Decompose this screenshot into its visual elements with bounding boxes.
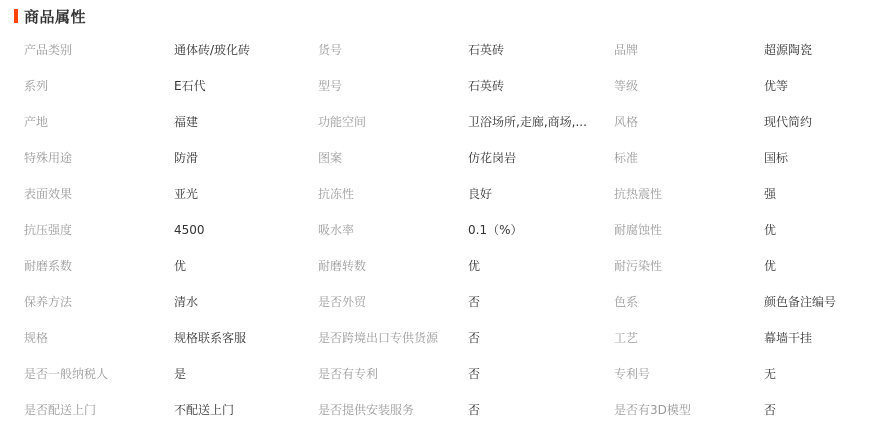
attribute-label: 耐污染性 <box>614 248 754 284</box>
attribute-value: 4500 <box>174 212 310 248</box>
attribute-label: 是否提供安装服务 <box>318 392 464 428</box>
attribute-value: 颜色备注编号 <box>764 284 870 320</box>
attribute-value: 福建 <box>174 104 310 140</box>
attribute-value: 否 <box>468 392 592 428</box>
attribute-label: 保养方法 <box>24 284 164 320</box>
attribute-value: 0.1（%） <box>468 212 592 248</box>
attribute-value: 否 <box>468 356 592 392</box>
attribute-value: 亚光 <box>174 176 310 212</box>
attribute-value: 优等 <box>764 68 870 104</box>
attribute-row: 产品类别 通体砖/玻化砖 货号 石英砖 品牌 超源陶瓷 <box>0 32 874 68</box>
attribute-row: 耐磨系数 优 耐磨转数 优 耐污染性 优 <box>0 248 874 284</box>
section-title: 商品属性 <box>24 6 86 27</box>
attribute-table: 产品类别 通体砖/玻化砖 货号 石英砖 品牌 超源陶瓷 系列 E石代 型号 石英… <box>0 32 874 428</box>
attribute-value: 防滑 <box>174 140 310 176</box>
attribute-label: 图案 <box>318 140 464 176</box>
attribute-label: 系列 <box>24 68 164 104</box>
attribute-label: 抗压强度 <box>24 212 164 248</box>
attribute-label: 是否外贸 <box>318 284 464 320</box>
attribute-label: 是否配送上门 <box>24 392 164 428</box>
attribute-label: 表面效果 <box>24 176 164 212</box>
attribute-label: 风格 <box>614 104 754 140</box>
attribute-value: 卫浴场所,走廊,商场,... <box>468 104 592 140</box>
attribute-value: 优 <box>764 212 870 248</box>
attribute-label: 耐磨转数 <box>318 248 464 284</box>
section-header: 商品属性 <box>14 6 86 26</box>
attribute-row: 保养方法 清水 是否外贸 否 色系 颜色备注编号 <box>0 284 874 320</box>
attribute-row: 产地 福建 功能空间 卫浴场所,走廊,商场,... 风格 现代简约 <box>0 104 874 140</box>
attribute-value: 国标 <box>764 140 870 176</box>
attribute-value: 优 <box>468 248 592 284</box>
attribute-value: 否 <box>468 284 592 320</box>
attribute-label: 抗冻性 <box>318 176 464 212</box>
attribute-value: 石英砖 <box>468 32 592 68</box>
attribute-row: 表面效果 亚光 抗冻性 良好 抗热震性 强 <box>0 176 874 212</box>
attribute-value: 是 <box>174 356 310 392</box>
attribute-row: 系列 E石代 型号 石英砖 等级 优等 <box>0 68 874 104</box>
attribute-value: 幕墙干挂 <box>764 320 870 356</box>
attribute-value: E石代 <box>174 68 310 104</box>
attribute-label: 规格 <box>24 320 164 356</box>
attribute-value: 优 <box>764 248 870 284</box>
attribute-label: 是否有专利 <box>318 356 464 392</box>
attribute-label: 工艺 <box>614 320 754 356</box>
attribute-row: 特殊用途 防滑 图案 仿花岗岩 标准 国标 <box>0 140 874 176</box>
attribute-value: 否 <box>468 320 592 356</box>
attribute-label: 耐腐蚀性 <box>614 212 754 248</box>
attribute-value: 规格联系客服 <box>174 320 310 356</box>
attribute-row: 抗压强度 4500 吸水率 0.1（%） 耐腐蚀性 优 <box>0 212 874 248</box>
attribute-label: 是否有3D模型 <box>614 392 754 428</box>
attribute-value: 不配送上门 <box>174 392 310 428</box>
attribute-value: 仿花岗岩 <box>468 140 592 176</box>
attribute-label: 特殊用途 <box>24 140 164 176</box>
attribute-row: 规格 规格联系客服 是否跨境出口专供货源 否 工艺 幕墙干挂 <box>0 320 874 356</box>
attribute-label: 耐磨系数 <box>24 248 164 284</box>
attribute-value: 无 <box>764 356 870 392</box>
attribute-label: 品牌 <box>614 32 754 68</box>
attribute-value: 通体砖/玻化砖 <box>174 32 310 68</box>
attribute-label: 吸水率 <box>318 212 464 248</box>
attribute-value: 良好 <box>468 176 592 212</box>
attribute-value: 石英砖 <box>468 68 592 104</box>
attribute-label: 产地 <box>24 104 164 140</box>
attribute-row: 是否一般纳税人 是 是否有专利 否 专利号 无 <box>0 356 874 392</box>
attribute-label: 是否一般纳税人 <box>24 356 164 392</box>
attribute-value: 否 <box>764 392 870 428</box>
attribute-value: 超源陶瓷 <box>764 32 870 68</box>
attribute-label: 专利号 <box>614 356 754 392</box>
attribute-value: 强 <box>764 176 870 212</box>
attribute-label: 产品类别 <box>24 32 164 68</box>
attribute-label: 货号 <box>318 32 464 68</box>
attribute-value: 优 <box>174 248 310 284</box>
attribute-label: 型号 <box>318 68 464 104</box>
attribute-label: 标准 <box>614 140 754 176</box>
attribute-value: 现代简约 <box>764 104 870 140</box>
attribute-label: 功能空间 <box>318 104 464 140</box>
header-accent-marker <box>14 9 18 23</box>
attribute-label: 抗热震性 <box>614 176 754 212</box>
attribute-label: 色系 <box>614 284 754 320</box>
attribute-label: 是否跨境出口专供货源 <box>318 320 464 356</box>
attribute-row: 是否配送上门 不配送上门 是否提供安装服务 否 是否有3D模型 否 <box>0 392 874 428</box>
attribute-value: 清水 <box>174 284 310 320</box>
attribute-label: 等级 <box>614 68 754 104</box>
